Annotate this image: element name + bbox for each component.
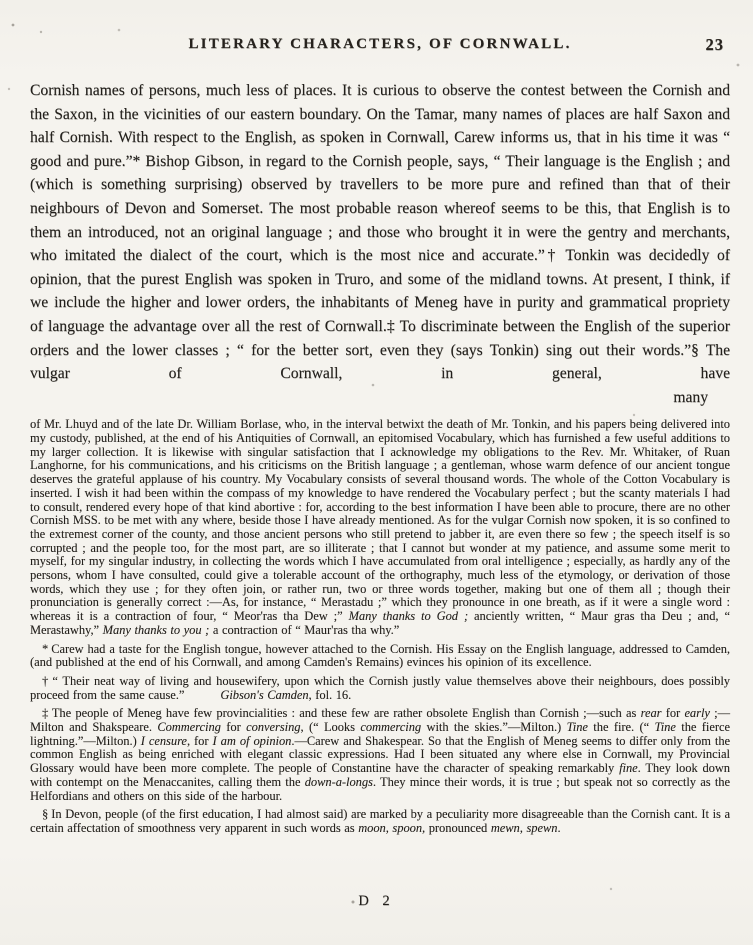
dagger-marker: † — [42, 674, 52, 688]
catchword: many — [30, 386, 730, 410]
section-marker: § — [42, 807, 51, 821]
asterisk-marker: * — [42, 642, 51, 656]
footnote-text: of Mr. Lhuyd and of the late Dr. William… — [30, 417, 730, 637]
scan-speckles — [0, 0, 2, 2]
book-page: LITERARY CHARACTERS, OF CORNWALL. 23 Cor… — [0, 0, 753, 945]
footnote-dagger: †“ Their neat way of living and housewif… — [30, 675, 730, 702]
footnote-text: In Devon, people (of the first education… — [30, 807, 730, 835]
footnote-asterisk: *Carew had a taste for the English tongu… — [30, 643, 730, 670]
page-number: 23 — [706, 35, 725, 55]
footnotes-section: of Mr. Lhuyd and of the late Dr. William… — [30, 418, 730, 835]
footnote-double-dagger: ‡The people of Meneg have few provincial… — [30, 707, 730, 803]
footnote-text: “ Their neat way of living and housewife… — [30, 674, 730, 702]
footnote-continuation: of Mr. Lhuyd and of the late Dr. William… — [30, 418, 730, 637]
main-paragraph: Cornish names of persons, much less of p… — [30, 79, 730, 386]
footnote-text: The people of Meneg have few provinciali… — [30, 706, 730, 802]
header-title: LITERARY CHARACTERS, OF CORNWALL. — [188, 36, 571, 52]
footnote-section-mark: §In Devon, people (of the first educatio… — [30, 808, 730, 835]
double-dagger-marker: ‡ — [42, 706, 52, 720]
running-header: LITERARY CHARACTERS, OF CORNWALL. 23 — [30, 36, 730, 53]
printers-signature: D 2 — [0, 893, 753, 910]
footnote-text: Carew had a taste for the English tongue… — [30, 642, 730, 670]
